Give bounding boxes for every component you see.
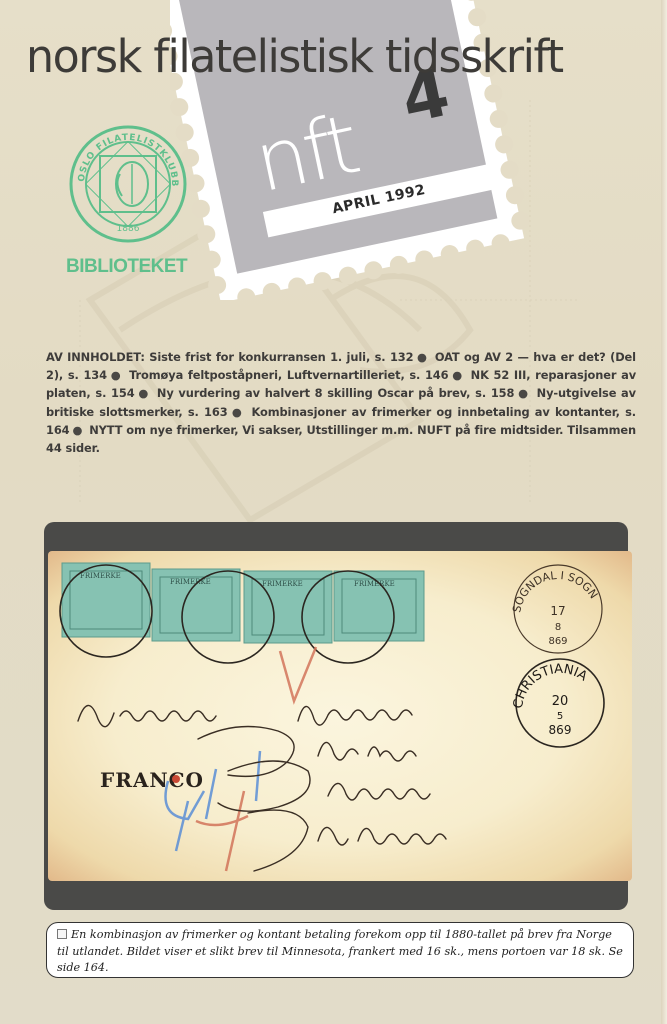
stamp-label: FRIMERKE (354, 580, 395, 588)
bullet-icon: ● (107, 368, 125, 382)
caption-square-icon (57, 929, 67, 939)
postmark-month: 5 (557, 711, 563, 722)
stamp-label: FRIMERKE (170, 578, 211, 586)
contents-item: Tromøya feltpoståpneri, Luftvernartiller… (129, 368, 448, 382)
magazine-title: norsk filatelistisk tidsskrift (26, 30, 637, 83)
nft-logo: nft (249, 104, 363, 205)
page-edge (661, 0, 667, 1024)
postmark-month: 8 (555, 622, 561, 633)
bullet-icon: ● (413, 350, 430, 364)
bullet-icon: ● (228, 405, 247, 419)
club-seal-icon: OSLO FILATELISTKLUBB 1886 (62, 118, 200, 258)
contents-item: Ny vurdering av halvert 8 skilling Oscar… (157, 386, 514, 400)
photo-caption: En kombinasjon av frimerker og kontant b… (46, 922, 634, 978)
bullet-icon: ● (514, 386, 532, 400)
caption-text: En kombinasjon av frimerker og kontant b… (57, 928, 623, 974)
contents-summary: AV INNHOLDET: Siste frist for konkurrans… (46, 348, 636, 457)
contents-lead: AV INNHOLDET: (46, 350, 145, 364)
postmark-day: 20 (552, 694, 569, 709)
magazine-cover: nft 4 APRIL 1992 norsk filatelistisk tid… (0, 0, 667, 1024)
svg-text:CHRISTIANIA: CHRISTIANIA (511, 662, 590, 710)
cover-photo-envelope: FRIMERKE FRIMERKE FRIMERKE FRIMERKE SOGN… (48, 551, 632, 881)
bullet-icon: ● (135, 386, 153, 400)
library-seal: OSLO FILATELISTKLUBB 1886 BIBLIOTEKET (62, 118, 200, 288)
postmark-year: 869 (549, 723, 572, 737)
contents-item: NYTT om nye frimerker, Vi sakser, Utstil… (46, 423, 636, 455)
franco-handstamp: FRANCO (100, 768, 204, 792)
postmark-day: 17 (550, 604, 565, 618)
seal-year: 1886 (117, 224, 140, 234)
contents-item: Siste frist for konkurransen 1. juli, s.… (149, 350, 413, 364)
stamp-label: FRIMERKE (80, 572, 121, 580)
postmark-place: CHRISTIANIA (511, 662, 590, 710)
bullet-icon: ● (448, 368, 466, 382)
bullet-icon: ● (69, 423, 85, 437)
postmark-year: 869 (548, 636, 567, 647)
seal-label: BIBLIOTEKET (66, 256, 187, 278)
envelope-illustration: FRIMERKE FRIMERKE FRIMERKE FRIMERKE SOGN… (48, 551, 632, 881)
stamp-label: FRIMERKE (262, 580, 303, 588)
